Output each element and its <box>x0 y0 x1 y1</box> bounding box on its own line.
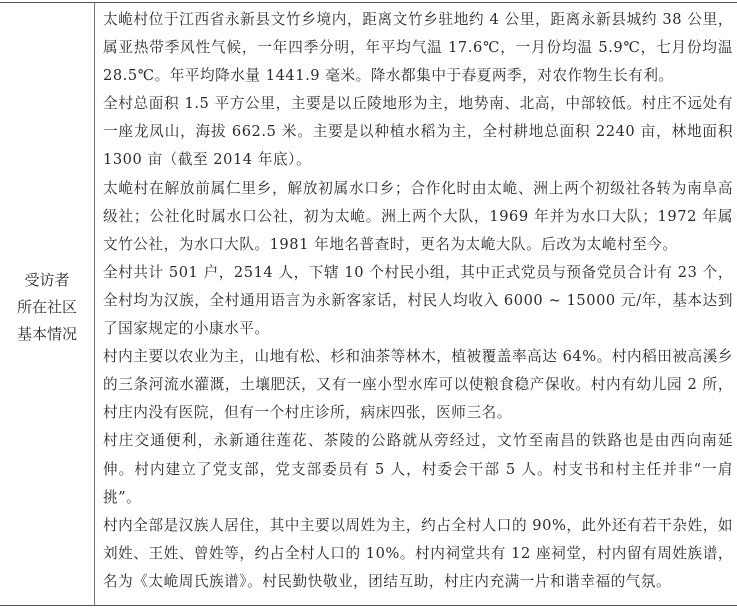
paragraph-area-terrain: 全村总面积 1.5 平方公里，主要是以丘陵地形为主，地势南、北高，中部较低。村庄… <box>103 90 733 174</box>
paragraph-population: 全村共计 501 户，2514 人，下辖 10 个村民小组，其中正式党员与预备党… <box>103 259 733 343</box>
row-label-line-3: 基本情况 <box>17 321 77 348</box>
row-label-cell: 受访者 所在社区 基本情况 <box>0 3 95 605</box>
paragraph-transport-party: 村庄交通便利，永新通往莲花、茶陵的公路就从旁经过，文竹至南昌的铁路也是由西向南延… <box>103 427 733 511</box>
row-label-line-1: 受访者 <box>24 267 69 294</box>
paragraph-location-climate: 太峗村位于江西省永新县文竹乡境内，距离文竹乡驻地约 4 公里，距离永新县城约 3… <box>103 6 733 90</box>
community-info-table: 受访者 所在社区 基本情况 太峗村位于江西省永新县文竹乡境内，距离文竹乡驻地约 … <box>0 2 737 606</box>
paragraph-ethnicity-clans: 村内全部是汉族人居住，其中主要以周姓为主，约占全村人口的 90%，此外还有若干杂… <box>103 512 733 596</box>
paragraph-agriculture-facilities: 村内主要以农业为主，山地有松、杉和油茶等林木，植被覆盖率高达 64%。村内稻田被… <box>103 343 733 427</box>
content-cell: 太峗村位于江西省永新县文竹乡境内，距离文竹乡驻地约 4 公里，距离永新县城约 3… <box>95 3 737 605</box>
row-label-line-2: 所在社区 <box>17 294 77 321</box>
paragraph-history: 太峗村在解放前属仁里乡，解放初属水口乡；合作化时由太峗、洲上两个初级社各转为南阜… <box>103 175 733 259</box>
